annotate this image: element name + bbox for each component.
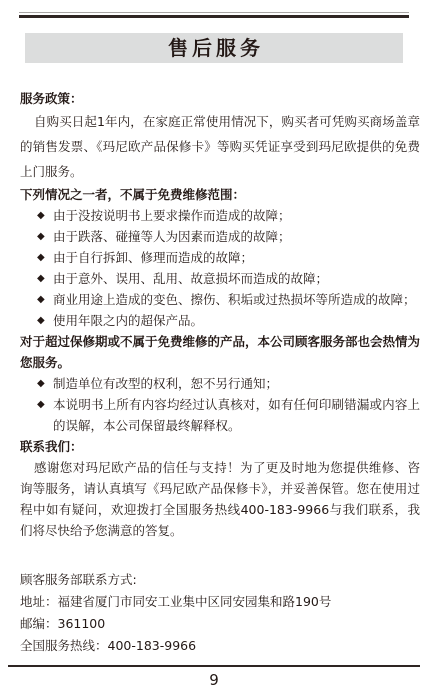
notices-list: ◆ 制造单位有改型的权利，恕不另行通知； ◆ 本说明书上所有内容均经过认真核对，… — [20, 373, 420, 436]
service-policy-heading: 服务政策： — [20, 88, 420, 109]
service-dept-hotline: 全国服务热线：400-183-9966 — [20, 635, 420, 657]
top-rule-thin-line — [19, 12, 409, 13]
list-item-text: 由于自行拆卸、修理而造成的故障； — [53, 250, 253, 265]
page-title: 售后服务 — [164, 33, 264, 63]
list-item: ◆ 制造单位有改型的权利，恕不另行通知； — [20, 373, 420, 394]
contact-us-paragraph: 感谢您对玛尼欧产品的信任与支持！为了更及时地为您提供维修、咨询等服务，请认真填写… — [20, 457, 420, 541]
exclusions-list: ◆ 由于没按说明书上要求操作而造成的故障； ◆ 由于跌落、碰撞等人为因素而造成的… — [20, 205, 420, 331]
service-dept-address: 地址：福建省厦门市同安工业集中区同安园集和路190号 — [20, 591, 420, 613]
list-item: ◆ 由于跌落、碰撞等人为因素而造成的故障； — [20, 226, 420, 247]
list-item-text: 制造单位有改型的权利，恕不另行通知； — [53, 376, 278, 391]
service-dept-heading: 顾客服务部联系方式: — [20, 569, 420, 591]
list-item: ◆ 由于没按说明书上要求操作而造成的故障； — [20, 205, 420, 226]
page-title-banner: 售后服务 — [25, 33, 403, 63]
diamond-bullet-icon: ◆ — [37, 310, 45, 331]
list-item-text: 由于没按说明书上要求操作而造成的故障； — [53, 208, 291, 223]
list-item-text: 本说明书上所有内容均经过认真核对，如有任何印刷错漏或内容上的误解，本公司保留最终… — [53, 397, 420, 433]
list-item: ◆ 使用年限之内的超保产品。 — [20, 310, 420, 331]
service-dept-postcode: 邮编：361100 — [20, 613, 420, 635]
top-rule-thick-line — [19, 15, 409, 18]
contact-us-heading: 联系我们： — [20, 436, 420, 457]
list-item-text: 商业用途上造成的变色、擦伤、积垢或过热损坏等所造成的故障； — [53, 292, 416, 307]
diamond-bullet-icon: ◆ — [37, 268, 45, 289]
out-of-warranty-statement: 对于超过保修期或不属于免费维修的产品，本公司顾客服务部也会热情为您服务。 — [20, 331, 420, 373]
manual-page: 售后服务 服务政策： 自购买日起1年内，在家庭正常使用情况下，购买者可凭购买商场… — [0, 0, 428, 695]
diamond-bullet-icon: ◆ — [37, 394, 45, 415]
diamond-bullet-icon: ◆ — [37, 289, 45, 310]
list-item-text: 使用年限之内的超保产品。 — [53, 313, 203, 328]
list-item-text: 由于意外、误用、乱用、故意损坏而造成的故障； — [53, 271, 328, 286]
page-content: 服务政策： 自购买日起1年内，在家庭正常使用情况下，购买者可凭购买商场盖章的销售… — [20, 88, 420, 657]
diamond-bullet-icon: ◆ — [37, 247, 45, 268]
service-policy-paragraph: 自购买日起1年内，在家庭正常使用情况下，购买者可凭购买商场盖章的销售发票、《玛尼… — [20, 109, 420, 184]
footer-rule — [8, 665, 420, 667]
list-item: ◆ 由于自行拆卸、修理而造成的故障； — [20, 247, 420, 268]
diamond-bullet-icon: ◆ — [37, 205, 45, 226]
diamond-bullet-icon: ◆ — [37, 373, 45, 394]
top-double-rule — [19, 12, 409, 18]
service-dept-block: 顾客服务部联系方式: 地址：福建省厦门市同安工业集中区同安园集和路190号 邮编… — [20, 569, 420, 657]
diamond-bullet-icon: ◆ — [37, 226, 45, 247]
page-number: 9 — [0, 671, 428, 689]
exclusions-heading: 下列情况之一者，不属于免费维修范围： — [20, 184, 420, 205]
list-item-text: 由于跌落、碰撞等人为因素而造成的故障； — [53, 229, 291, 244]
list-item: ◆ 商业用途上造成的变色、擦伤、积垢或过热损坏等所造成的故障； — [20, 289, 420, 310]
list-item: ◆ 本说明书上所有内容均经过认真核对，如有任何印刷错漏或内容上的误解，本公司保留… — [20, 394, 420, 436]
list-item: ◆ 由于意外、误用、乱用、故意损坏而造成的故障； — [20, 268, 420, 289]
